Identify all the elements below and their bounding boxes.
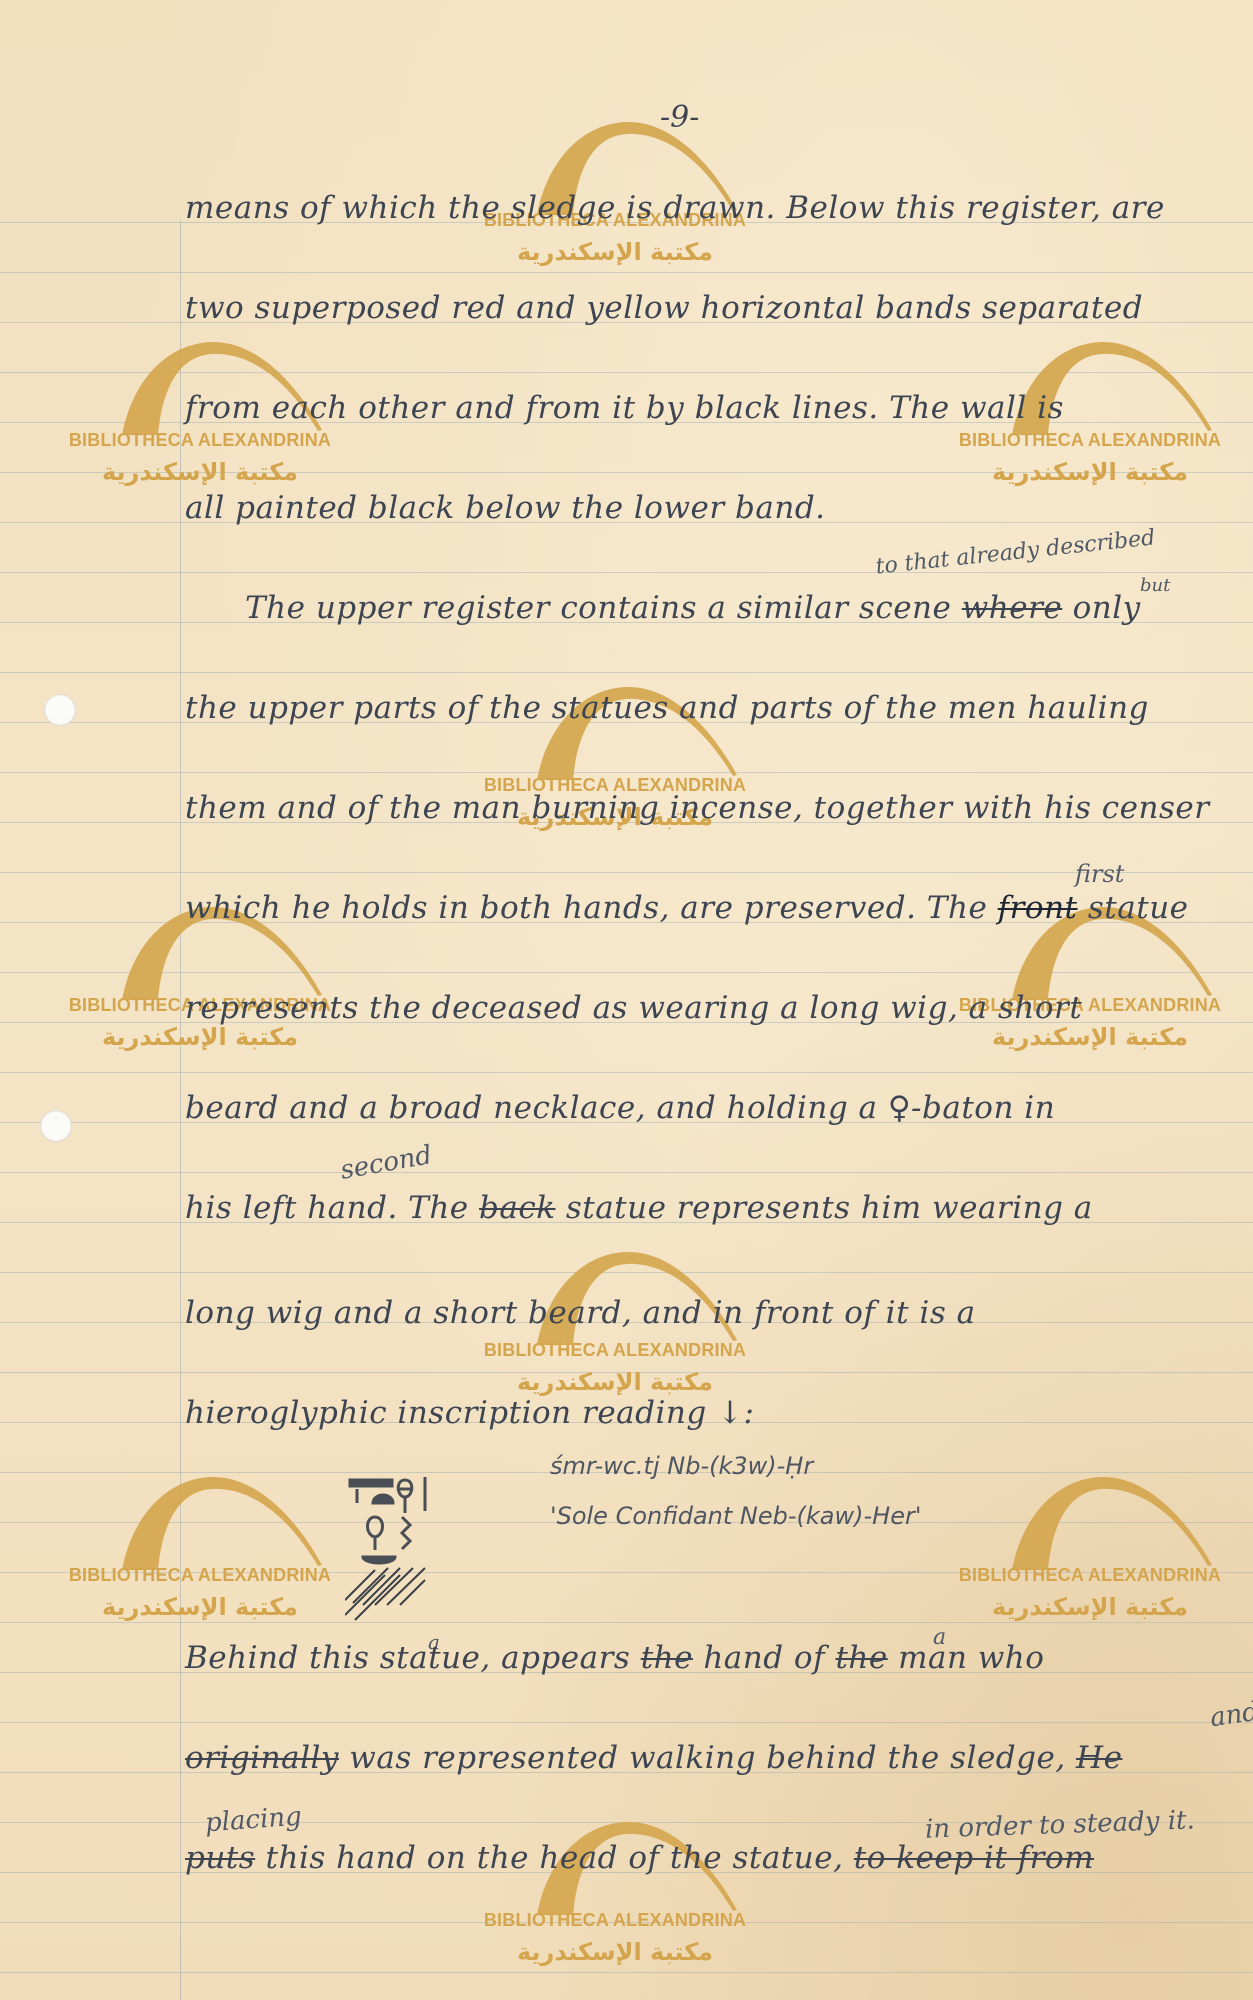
ruled-line bbox=[0, 272, 1253, 273]
struck-text: puts bbox=[185, 1840, 255, 1876]
ruled-line bbox=[0, 1922, 1253, 1923]
text-line-9: represents the deceased as wearing a lon… bbox=[185, 990, 1082, 1026]
ruled-line bbox=[0, 872, 1253, 873]
line-text: The upper register contains a similar sc… bbox=[245, 590, 951, 626]
ruled-line bbox=[0, 1622, 1253, 1623]
text-line-6: the upper parts of the statues and parts… bbox=[185, 690, 1149, 726]
struck-text: the bbox=[835, 1640, 887, 1676]
text-line-15: originally was represented walking behin… bbox=[185, 1740, 1122, 1776]
insertion-note: but bbox=[1140, 575, 1170, 596]
watermark-english: BIBLIOTHECA ALEXANDRINA bbox=[950, 1565, 1230, 1586]
ruled-line bbox=[0, 1972, 1253, 1973]
line-text: statue bbox=[1078, 890, 1189, 926]
ruled-line bbox=[0, 972, 1253, 973]
ruled-line bbox=[0, 1172, 1253, 1173]
hieroglyph-inscription-icon bbox=[345, 1475, 465, 1635]
ruled-line bbox=[0, 1072, 1253, 1073]
punch-hole bbox=[40, 1110, 72, 1142]
line-text: man who bbox=[888, 1640, 1045, 1676]
ruled-line bbox=[0, 1572, 1253, 1573]
line-text: hand of bbox=[693, 1640, 835, 1676]
text-line-4: all painted black below the lower band. bbox=[185, 490, 826, 526]
watermark-arabic: مكتبة الإسكندرية bbox=[60, 1593, 340, 1621]
struck-text: originally bbox=[185, 1740, 339, 1776]
inscription-translation: 'Sole Confidant Neb-(kaw)-Her' bbox=[550, 1502, 921, 1530]
insertion-note: and bbox=[1208, 1697, 1253, 1734]
text-line-5: The upper register contains a similar sc… bbox=[245, 590, 1141, 626]
ruled-line bbox=[0, 1722, 1253, 1723]
struck-text: front bbox=[998, 890, 1078, 926]
watermark-english: BIBLIOTHECA ALEXANDRINA bbox=[60, 1565, 340, 1586]
text-line-12: long wig and a short beard, and in front… bbox=[185, 1295, 976, 1331]
watermark: BIBLIOTHECA ALEXANDRINA مكتبة الإسكندرية bbox=[60, 1465, 340, 1635]
line-text: this hand on the head of the statue, bbox=[255, 1840, 854, 1876]
struck-text: to keep it from bbox=[854, 1840, 1094, 1876]
watermark: BIBLIOTHECA ALEXANDRINA مكتبة الإسكندرية bbox=[475, 1810, 755, 1980]
watermark: BIBLIOTHECA ALEXANDRINA مكتبة الإسكندرية bbox=[950, 1465, 1230, 1635]
watermark-english: BIBLIOTHECA ALEXANDRINA bbox=[950, 430, 1230, 451]
manuscript-page: BIBLIOTHECA ALEXANDRINA مكتبة الإسكندرية… bbox=[0, 0, 1253, 2000]
text-line-1: means of which the sledge is drawn. Belo… bbox=[185, 190, 1165, 226]
ruled-line bbox=[0, 1272, 1253, 1273]
margin-line bbox=[180, 220, 181, 2000]
watermark-english: BIBLIOTHECA ALEXANDRINA bbox=[60, 430, 340, 451]
punch-hole bbox=[44, 694, 76, 726]
watermark-arabic: مكتبة الإسكندرية bbox=[60, 1023, 340, 1051]
line-text: his left hand. The bbox=[185, 1190, 479, 1226]
text-line-13: hieroglyphic inscription reading ↓: bbox=[185, 1395, 755, 1431]
watermark-arch-icon bbox=[60, 1465, 340, 1575]
inscription-transliteration: śmr-wc.tj Nb-(k3w)-Ḥr bbox=[550, 1452, 813, 1480]
line-text: was represented walking behind the sledg… bbox=[339, 1740, 1076, 1776]
ruled-line bbox=[0, 1372, 1253, 1373]
watermark-arabic: مكتبة الإسكندرية bbox=[475, 238, 755, 266]
ruled-line bbox=[0, 572, 1253, 573]
ruled-line bbox=[0, 472, 1253, 473]
text-line-10: beard and a broad necklace, and holding … bbox=[185, 1090, 1055, 1126]
struck-text: the bbox=[641, 1640, 693, 1676]
insertion-note: in order to steady it. bbox=[925, 1805, 1196, 1844]
watermark-arabic: مكتبة الإسكندرية bbox=[950, 1593, 1230, 1621]
ruled-line bbox=[0, 772, 1253, 773]
page-number: -9- bbox=[660, 100, 699, 135]
ruled-line bbox=[0, 672, 1253, 673]
struck-text: back bbox=[479, 1190, 555, 1226]
struck-text: where bbox=[962, 590, 1063, 626]
text-line-2: two superposed red and yellow horizontal… bbox=[185, 290, 1143, 326]
text-line-11: his left hand. The back statue represent… bbox=[185, 1190, 1093, 1226]
watermark-arabic: مكتبة الإسكندرية bbox=[475, 1938, 755, 1966]
watermark-english: BIBLIOTHECA ALEXANDRINA bbox=[475, 1340, 755, 1361]
text-line-14: Behind this statue, appears the hand of … bbox=[185, 1640, 1044, 1676]
text-line-3: from each other and from it by black lin… bbox=[185, 390, 1064, 426]
insertion-note: first bbox=[1075, 860, 1124, 888]
insertion-note: placing bbox=[204, 1802, 303, 1839]
line-text: statue represents him wearing a bbox=[555, 1190, 1092, 1226]
watermark-english: BIBLIOTHECA ALEXANDRINA bbox=[475, 1910, 755, 1931]
line-text: only bbox=[1062, 590, 1140, 626]
watermark-arabic: مكتبة الإسكندرية bbox=[950, 1023, 1230, 1051]
text-line-7: them and of the man burning incense, tog… bbox=[185, 790, 1210, 826]
text-line-8: which he holds in both hands, are preser… bbox=[185, 890, 1189, 926]
insertion-note: second bbox=[338, 1140, 434, 1186]
watermark-arch-icon bbox=[950, 1465, 1230, 1575]
struck-text: He bbox=[1076, 1740, 1122, 1776]
line-text: which he holds in both hands, are preser… bbox=[185, 890, 998, 926]
line-text: Behind this statue, appears bbox=[185, 1640, 641, 1676]
text-line-16: puts this hand on the head of the statue… bbox=[185, 1840, 1094, 1876]
ruled-line bbox=[0, 372, 1253, 373]
